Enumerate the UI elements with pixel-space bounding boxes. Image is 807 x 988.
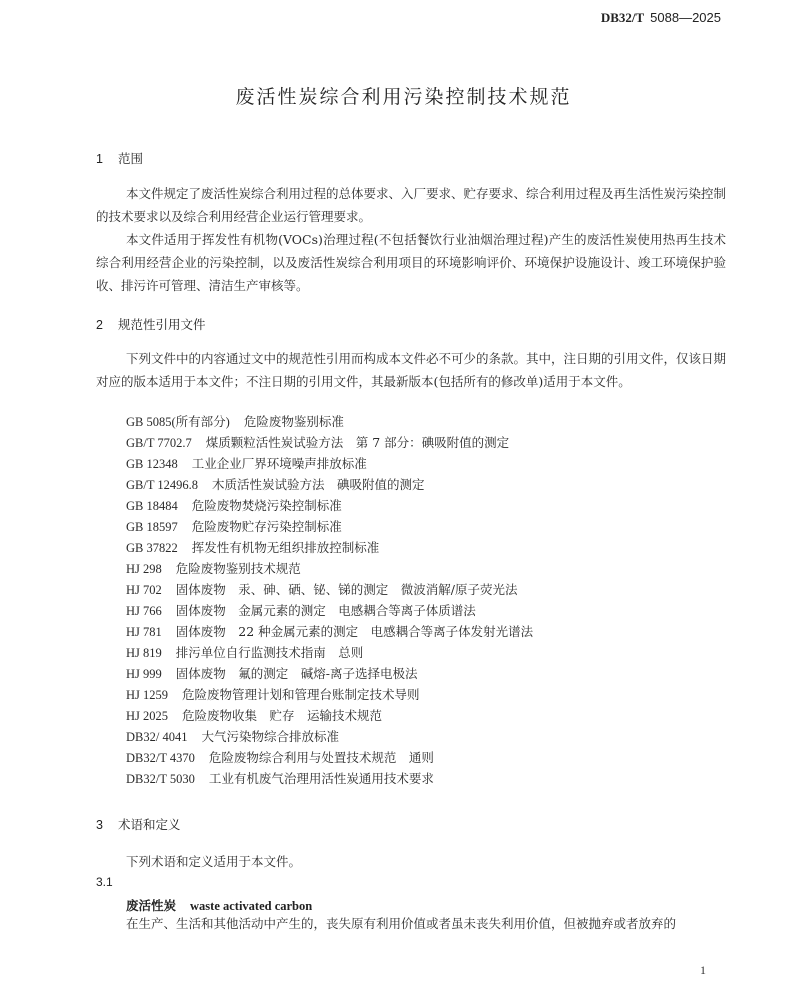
reference-code: DB32/ 4041 [126, 730, 187, 744]
reference-title: 固体废物 汞、砷、硒、铋、锑的测定 微波消解/原子荧光法 [176, 582, 518, 597]
page-number: 1 [700, 963, 706, 978]
section-heading-terms-definitions: 3术语和定义 [96, 815, 181, 833]
reference-item: HJ 702固体废物 汞、砷、硒、铋、锑的测定 微波消解/原子荧光法 [126, 579, 533, 600]
reference-item: HJ 999固体废物 氟的测定 碱熔-离子选择电极法 [126, 663, 533, 684]
section-heading-scope: 1范围 [96, 149, 143, 167]
section-heading-normative-references: 2规范性引用文件 [96, 315, 206, 333]
reference-title: 固体废物 金属元素的测定 电感耦合等离子体质谱法 [176, 603, 476, 618]
reference-code: HJ 2025 [126, 709, 168, 723]
reference-code: HJ 781 [126, 625, 162, 639]
reference-item: GB/T 12496.8木质活性炭试验方法 碘吸附值的测定 [126, 474, 533, 495]
reference-item: GB 12348工业企业厂界环境噪声排放标准 [126, 453, 533, 474]
reference-code: HJ 819 [126, 646, 162, 660]
term-number: 3.1 [96, 875, 113, 889]
section-title: 规范性引用文件 [118, 317, 206, 332]
reference-code: GB 18597 [126, 520, 178, 534]
section-title: 术语和定义 [118, 817, 181, 832]
reference-title: 固体废物 氟的测定 碱熔-离子选择电极法 [176, 666, 418, 681]
scope-paragraph-2: 本文件适用于挥发性有机物(VOCs)治理过程(不包括餐饮行业油烟治理过程)产生的… [96, 228, 726, 297]
section-number: 1 [96, 152, 118, 166]
reference-code: GB 5085(所有部分) [126, 415, 230, 429]
reference-title: 危险废物收集 贮存 运输技术规范 [182, 708, 382, 723]
reference-item: GB 18597危险废物贮存污染控制标准 [126, 516, 533, 537]
reference-list: GB 5085(所有部分)危险废物鉴别标准 GB/T 7702.7煤质颗粒活性炭… [126, 411, 533, 789]
reference-item: DB32/T 5030工业有机废气治理用活性炭通用技术要求 [126, 768, 533, 789]
reference-title: 大气污染物综合排放标准 [201, 729, 339, 744]
reference-code: GB 18484 [126, 499, 178, 513]
reference-code: GB/T 7702.7 [126, 436, 192, 450]
reference-title: 挥发性有机物无组织排放控制标准 [192, 540, 380, 555]
reference-code: DB32/T 5030 [126, 772, 195, 786]
reference-item: HJ 2025危险废物收集 贮存 运输技术规范 [126, 705, 533, 726]
reference-code: GB 12348 [126, 457, 178, 471]
reference-title: 危险废物鉴别技术规范 [176, 561, 301, 576]
reference-code: GB/T 12496.8 [126, 478, 198, 492]
standard-number: 5088—2025 [650, 10, 721, 25]
section-number: 2 [96, 318, 118, 332]
term-english: waste activated carbon [190, 899, 312, 913]
reference-item: HJ 819排污单位自行监测技术指南 总则 [126, 642, 533, 663]
reference-item: GB 5085(所有部分)危险废物鉴别标准 [126, 411, 533, 432]
reference-code: HJ 766 [126, 604, 162, 618]
scope-paragraph-1: 本文件规定了废活性炭综合利用过程的总体要求、入厂要求、贮存要求、综合利用过程及再… [96, 182, 726, 228]
reference-item: DB32/ 4041大气污染物综合排放标准 [126, 726, 533, 747]
section-number: 3 [96, 818, 118, 832]
reference-title: 固体废物 22 种金属元素的测定 电感耦合等离子体发射光谱法 [176, 624, 533, 639]
reference-item: HJ 781固体废物 22 种金属元素的测定 电感耦合等离子体发射光谱法 [126, 621, 533, 642]
reference-item: GB 37822挥发性有机物无组织排放控制标准 [126, 537, 533, 558]
reference-item: HJ 1259危险废物管理计划和管理台账制定技术导则 [126, 684, 533, 705]
reference-code: HJ 702 [126, 583, 162, 597]
standard-prefix: DB32/T [601, 10, 644, 25]
reference-title: 木质活性炭试验方法 碘吸附值的测定 [212, 477, 425, 492]
reference-code: HJ 999 [126, 667, 162, 681]
standard-code: DB32/T5088—2025 [601, 10, 721, 26]
reference-title: 危险废物鉴别标准 [244, 414, 344, 429]
reference-title: 排污单位自行监测技术指南 总则 [176, 645, 364, 660]
document-title: 废活性炭综合利用污染控制技术规范 [0, 82, 807, 109]
reference-item: GB/T 7702.7煤质颗粒活性炭试验方法 第 7 部分：碘吸附值的测定 [126, 432, 533, 453]
reference-item: GB 18484危险废物焚烧污染控制标准 [126, 495, 533, 516]
reference-title: 危险废物贮存污染控制标准 [192, 519, 342, 534]
reference-title: 煤质颗粒活性炭试验方法 第 7 部分：碘吸附值的测定 [206, 435, 509, 450]
reference-item: HJ 298危险废物鉴别技术规范 [126, 558, 533, 579]
reference-code: HJ 298 [126, 562, 162, 576]
document-page: DB32/T5088—2025 废活性炭综合利用污染控制技术规范 1范围 本文件… [0, 0, 807, 988]
reference-code: HJ 1259 [126, 688, 168, 702]
reference-title: 危险废物综合利用与处置技术规范 通则 [209, 750, 434, 765]
reference-item: DB32/T 4370危险废物综合利用与处置技术规范 通则 [126, 747, 533, 768]
section-title: 范围 [118, 151, 143, 166]
reference-title: 工业企业厂界环境噪声排放标准 [192, 456, 367, 471]
term-definition: 在生产、生活和其他活动中产生的，丧失原有利用价值或者虽未丧失利用价值，但被抛弃或… [126, 912, 726, 935]
reference-title: 危险废物焚烧污染控制标准 [192, 498, 342, 513]
reference-item: HJ 766固体废物 金属元素的测定 电感耦合等离子体质谱法 [126, 600, 533, 621]
term-chinese: 废活性炭 [126, 898, 176, 913]
references-intro-paragraph: 下列文件中的内容通过文中的规范性引用而构成本文件必不可少的条款。其中，注日期的引… [96, 347, 726, 393]
reference-code: DB32/T 4370 [126, 751, 195, 765]
reference-title: 工业有机废气治理用活性炭通用技术要求 [209, 771, 434, 786]
reference-code: GB 37822 [126, 541, 178, 555]
terms-intro-paragraph: 下列术语和定义适用于本文件。 [96, 850, 726, 873]
reference-title: 危险废物管理计划和管理台账制定技术导则 [182, 687, 420, 702]
